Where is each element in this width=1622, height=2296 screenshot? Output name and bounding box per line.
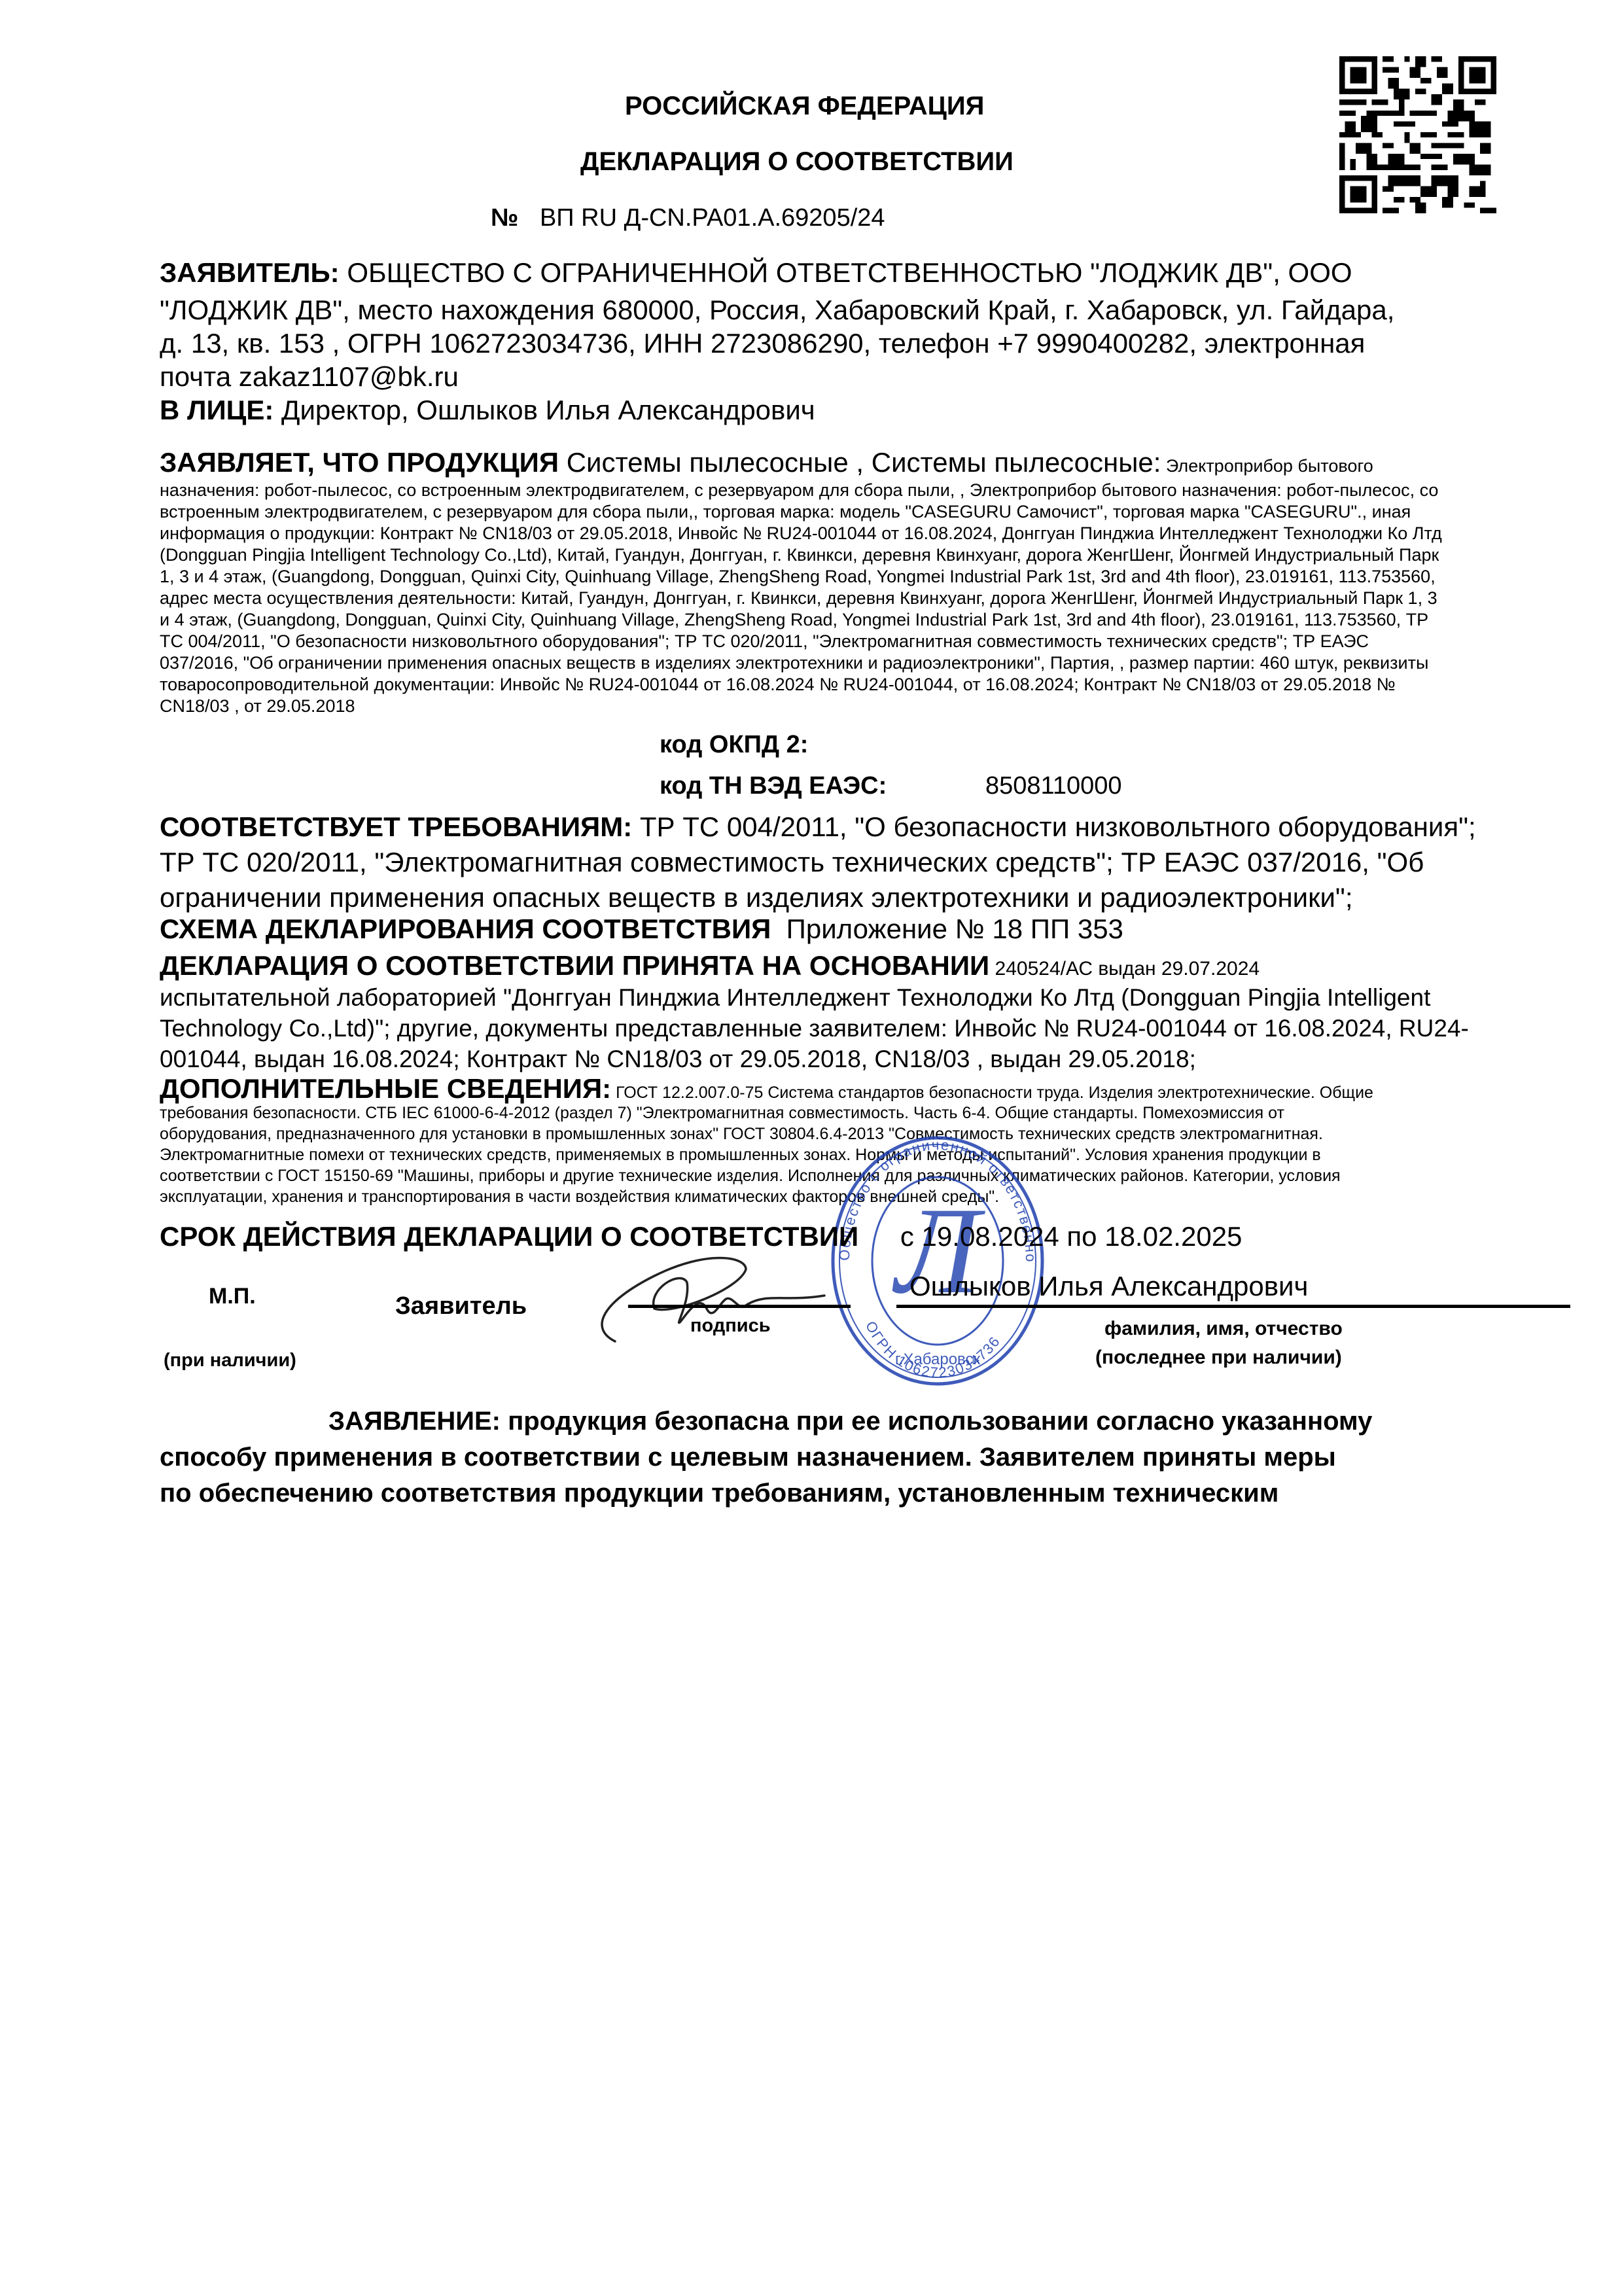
additional-line: Электромагнитные помехи от технических с…: [160, 1146, 1321, 1165]
qr-code-icon: [1339, 41, 1496, 228]
scheme-label: СХЕМА ДЕКЛАРИРОВАНИЯ СООТВЕТСТВИЯ: [160, 913, 771, 944]
additional-line: оборудования, предназначенного для устан…: [160, 1125, 1323, 1144]
statement-line-1: ЗАЯВЛЕНИЕ: продукция безопасна при ее ис…: [328, 1407, 1372, 1436]
name-caption-2: (последнее при наличии): [1095, 1347, 1342, 1369]
statement-line-3: по обеспечению соответствия продукции тр…: [160, 1479, 1278, 1508]
basis-first: 240524/АС выдан 29.07.2024: [989, 958, 1260, 980]
compliance-line-2: ТР ТС 020/2011, "Электромагнитная совмес…: [160, 847, 1424, 878]
stamp-city: г.Хабаровск: [895, 1351, 981, 1368]
basis-line: испытательной лабораторией "Донггуан Пин…: [160, 984, 1430, 1012]
additional-label: ДОПОЛНИТЕЛЬНЫЕ СВЕДЕНИЯ:: [160, 1073, 611, 1104]
validity-value: с 19.08.2024 по 18.02.2025: [900, 1221, 1243, 1252]
product-line: ТС 004/2011, "О безопасности низковольтн…: [160, 631, 1369, 652]
product-line: (Dongguan Pingjia Intelligent Technology…: [160, 545, 1439, 565]
tnved-code-label: код ТН ВЭД ЕАЭС:: [660, 772, 887, 800]
applicant-line-3: д. 13, кв. 153 , ОГРН 1062723034736, ИНН…: [160, 328, 1365, 359]
number-value: ВП RU Д-CN.PA01.A.69205/24: [540, 204, 885, 232]
compliance-label: СООТВЕТСТВУЕТ ТРЕБОВАНИЯМ:: [160, 811, 632, 842]
applicant-text: ОБЩЕСТВО С ОГРАНИЧЕННОЙ ОТВЕТСТВЕННОСТЬЮ…: [340, 257, 1352, 288]
statement-line-2: способу применения в соответствии с целе…: [160, 1443, 1336, 1472]
additional-header: ДОПОЛНИТЕЛЬНЫЕ СВЕДЕНИЯ: ГОСТ 12.2.007.0…: [160, 1073, 1373, 1104]
product-header: ЗАЯВЛЯЕТ, ЧТО ПРОДУКЦИЯ Системы пылесосн…: [160, 447, 1373, 478]
product-line: 1, 3 и 4 этаж, (Guangdong, Dongguan, Qui…: [160, 567, 1436, 587]
additional-line: требования безопасности. СТБ IEC 61000-6…: [160, 1104, 1284, 1123]
applicant-line-1: ЗАЯВИТЕЛЬ: ОБЩЕСТВО С ОГРАНИЧЕННОЙ ОТВЕТ…: [160, 257, 1352, 289]
compliance-text: ТР ТС 004/2011, "О безопасности низковол…: [632, 811, 1476, 842]
product-line: адрес места осуществления деятельности: …: [160, 588, 1437, 609]
represented-by: В ЛИЦЕ: Директор, Ошлыков Илья Александр…: [160, 395, 815, 426]
country-title: РОССИЙСКАЯ ФЕДЕРАЦИЯ: [625, 92, 984, 121]
applicant-line-4: почта zakaz1107@bk.ru: [160, 361, 459, 393]
compliance-line-1: СООТВЕТСТВУЕТ ТРЕБОВАНИЯМ: ТР ТС 004/201…: [160, 811, 1476, 843]
additional-line: соответствии с ГОСТ 15150-69 "Машины, пр…: [160, 1167, 1341, 1186]
applicant-label: ЗАЯВИТЕЛЬ:: [160, 257, 340, 288]
validity-period: СРОК ДЕЙСТВИЯ ДЕКЛАРАЦИИ О СООТВЕТСТВИИ …: [160, 1221, 1242, 1252]
declaration-scheme: СХЕМА ДЕКЛАРИРОВАНИЯ СООТВЕТСТВИЯ Прилож…: [160, 913, 1123, 945]
product-line: CN18/03 , от 29.05.2018: [160, 696, 355, 716]
represented-label: В ЛИЦЕ:: [160, 395, 273, 425]
product-line: товаросопроводительной документации: Инв…: [160, 675, 1396, 695]
signer-name: Ошлыков Илья Александрович: [909, 1271, 1308, 1302]
okpd-code-label: код ОКПД 2:: [660, 731, 808, 759]
basis-label: ДЕКЛАРАЦИЯ О СООТВЕТСТВИИ ПРИНЯТА НА ОСН…: [160, 950, 989, 981]
basis-line: 001044, выдан 16.08.2024; Контракт № CN1…: [160, 1046, 1196, 1073]
applicant-sign-label: Заявитель: [395, 1292, 527, 1320]
signature-caption: подпись: [690, 1315, 771, 1337]
product-desc-start: Электроприбор бытового: [1161, 456, 1373, 476]
product-line: встроенным электродвигателем, с резервуа…: [160, 502, 1411, 522]
document-title: ДЕКЛАРАЦИЯ О СООТВЕТСТВИИ: [580, 147, 1014, 177]
scheme-value: Приложение № 18 ПП 353: [771, 913, 1123, 944]
signature-line: [628, 1305, 851, 1308]
declaration-number: № ВП RU Д-CN.PA01.A.69205/24: [491, 204, 885, 232]
compliance-line-3: ограничении применения опасных веществ в…: [160, 882, 1353, 913]
tnved-code-value: 8508110000: [985, 772, 1122, 800]
basis-header: ДЕКЛАРАЦИЯ О СООТВЕТСТВИИ ПРИНЯТА НА ОСН…: [160, 950, 1260, 981]
name-caption-1: фамилия, имя, отчество: [1104, 1318, 1343, 1340]
product-line: информация о продукции: Контракт № CN18/…: [160, 523, 1442, 544]
additional-first: ГОСТ 12.2.007.0-75 Система стандартов бе…: [611, 1084, 1373, 1102]
product-line: назначения: робот-пылесос, со встроенным…: [160, 480, 1438, 501]
product-name: Системы пылесосные , Системы пылесосные:: [559, 447, 1161, 478]
applicant-line-2: "ЛОДЖИК ДВ", место нахождения 680000, Ро…: [160, 294, 1394, 326]
product-line: 037/2016, "Об ограничении применения опа…: [160, 653, 1428, 673]
seal-place-note: (при наличии): [164, 1350, 296, 1371]
number-label: №: [491, 204, 518, 232]
name-line: [896, 1305, 1570, 1308]
seal-place-label: М.П.: [209, 1284, 256, 1309]
validity-label: СРОК ДЕЙСТВИЯ ДЕКЛАРАЦИИ О СООТВЕТСТВИИ: [160, 1221, 858, 1252]
basis-line: Technology Co.,Ltd)"; другие, документы …: [160, 1015, 1469, 1042]
product-line: и 4 этаж, (Guangdong, Dongguan, Quinxi C…: [160, 610, 1428, 630]
represented-value: Директор, Ошлыков Илья Александрович: [273, 395, 815, 425]
product-label: ЗАЯВЛЯЕТ, ЧТО ПРОДУКЦИЯ: [160, 447, 559, 478]
